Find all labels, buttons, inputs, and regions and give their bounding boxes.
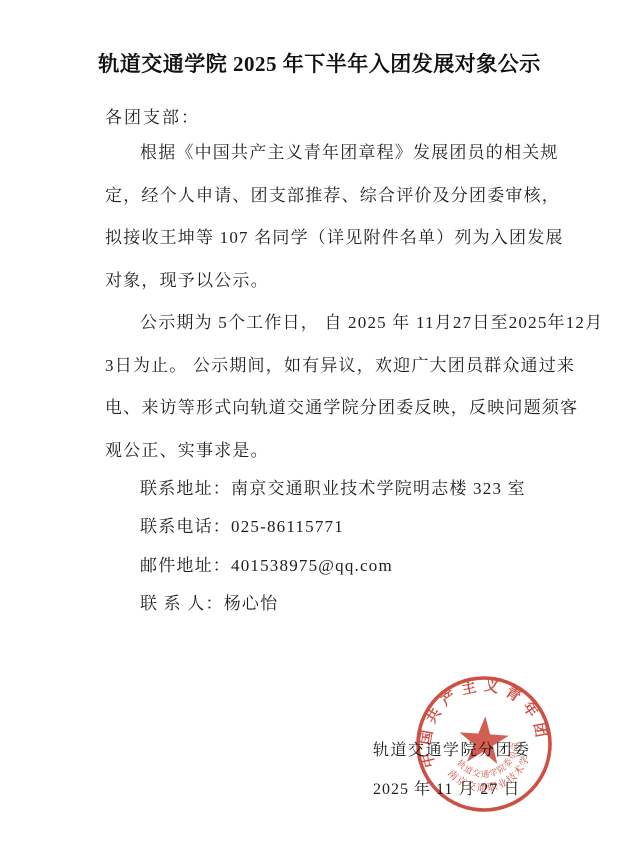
contact-email: 邮件地址：401538975@qq.com xyxy=(140,547,526,585)
contact-person: 联 系 人：杨心怡 xyxy=(140,585,526,623)
paragraph-2: 公示期为 5个工作日， 自 2025 年 11月27日至2025年12月 3日为… xyxy=(105,302,555,472)
paragraph-line: 电、来访等形式向轨道交通学院分团委反映，反映问题须客 xyxy=(105,387,555,430)
paragraph-line: 观公正、实事求是。 xyxy=(105,430,555,473)
paragraph-line: 对象，现予以公示。 xyxy=(105,260,555,303)
paragraph-line: 拟接收王坤等 107 名同学（详见附件名单）列为入团发展 xyxy=(105,217,555,260)
paragraph-line: 根据《中国共产主义青年团章程》发展团员的相关规 xyxy=(105,132,555,175)
announcement-page: 轨道交通学院 2025 年下半年入团发展对象公示 各团支部： 根据《中国共产主义… xyxy=(0,0,639,843)
contact-address: 联系地址：南京交通职业技术学院明志楼 323 室 xyxy=(140,470,526,508)
paragraph-line: 公示期为 5个工作日， 自 2025 年 11月27日至2025年12月 xyxy=(105,302,555,345)
signature-org: 轨道交通学院分团委 xyxy=(373,737,531,760)
signature-date: 2025 年 11 月 27 日 xyxy=(373,776,520,799)
paragraph-line: 定，经个人申请、团支部推荐、综合评价及分团委审核， xyxy=(105,175,555,218)
contact-block: 联系地址：南京交通职业技术学院明志楼 323 室 联系电话：025-861157… xyxy=(140,470,526,623)
contact-phone: 联系电话：025-86115771 xyxy=(140,508,526,546)
paragraph-1: 根据《中国共产主义青年团章程》发展团员的相关规 定，经个人申请、团支部推荐、综合… xyxy=(105,132,555,302)
page-title: 轨道交通学院 2025 年下半年入团发展对象公示 xyxy=(0,48,639,78)
paragraph-line: 3日为止。 公示期间，如有异议，欢迎广大团员群众通过来 xyxy=(105,345,555,388)
salutation: 各团支部： xyxy=(105,103,200,128)
